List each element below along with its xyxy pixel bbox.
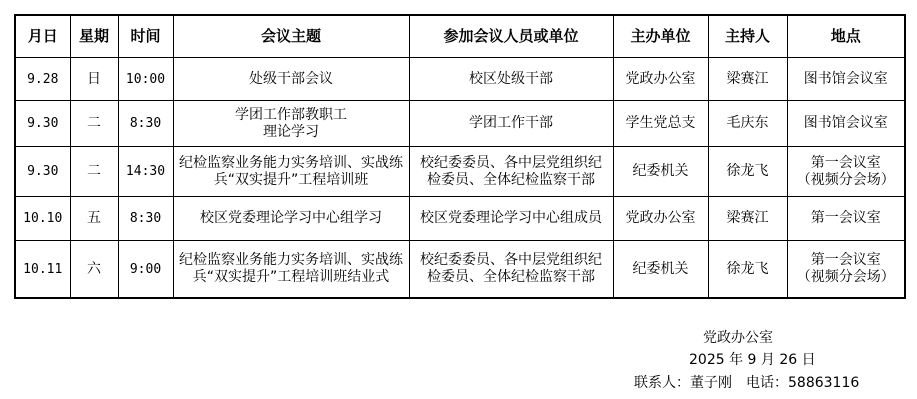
cell-weekday: 六 [70,241,118,299]
cell-time: 8:30 [118,101,173,147]
header-host: 主持人 [708,15,787,58]
cell-host: 梁赛江 [708,197,787,241]
cell-topic: 处级干部会议 [173,58,409,101]
cell-attendees: 校区党委理论学习中心组成员 [409,197,613,241]
header-date: 月日 [15,15,70,58]
cell-topic: 学团工作部教职工 理论学习 [173,101,409,147]
cell-attendees: 校纪委委员、各中层党组织纪 检委员、全体纪检监察干部 [409,241,613,299]
cell-date: 10.10 [15,197,70,241]
cell-organizer: 党政办公室 [613,58,708,101]
table-row: 9.30 二 14:30 纪检监察业务能力实务培训、实战练 兵“双实提升”工程培… [15,147,905,197]
cell-organizer: 学生党总支 [613,101,708,147]
cell-time: 9:00 [118,241,173,299]
cell-location: 图书馆会议室 [787,58,905,101]
table-row: 9.30 二 8:30 学团工作部教职工 理论学习 学团工作干部 学生党总支 毛… [15,101,905,147]
table-row: 9.28 日 10:00 处级干部会议 校区处级干部 党政办公室 梁赛江 图书馆… [15,58,905,101]
cell-host: 毛庆东 [708,101,787,147]
cell-host: 梁赛江 [708,58,787,101]
cell-organizer: 纪委机关 [613,147,708,197]
cell-attendees: 学团工作干部 [409,101,613,147]
cell-date: 9.28 [15,58,70,101]
table-row: 10.11 六 9:00 纪检监察业务能力实务培训、实战练 兵“双实提升”工程培… [15,241,905,299]
contact-phone: 电话：58863116 [746,375,859,391]
contact-line: 联系人：董子刚电话：58863116 [634,374,859,392]
header-weekday: 星期 [70,15,118,58]
cell-attendees: 校区处级干部 [409,58,613,101]
issue-date: 2025 年 9 月 26 日 [689,351,816,369]
cell-location: 第一会议室 （视频分会场） [787,241,905,299]
header-topic: 会议主题 [173,15,409,58]
cell-location: 第一会议室 [787,197,905,241]
cell-topic: 校区党委理论学习中心组学习 [173,197,409,241]
cell-date: 9.30 [15,147,70,197]
table-header-row: 月日 星期 时间 会议主题 参加会议人员或单位 主办单位 主持人 地点 [15,15,905,58]
cell-attendees: 校纪委委员、各中层党组织纪 检委员、全体纪检监察干部 [409,147,613,197]
table-row: 10.10 五 8:30 校区党委理论学习中心组学习 校区党委理论学习中心组成员… [15,197,905,241]
cell-organizer: 党政办公室 [613,197,708,241]
cell-host: 徐龙飞 [708,241,787,299]
header-organizer: 主办单位 [613,15,708,58]
header-time: 时间 [118,15,173,58]
cell-weekday: 二 [70,101,118,147]
cell-weekday: 二 [70,147,118,197]
cell-time: 8:30 [118,197,173,241]
cell-weekday: 五 [70,197,118,241]
cell-time: 10:00 [118,58,173,101]
cell-topic: 纪检监察业务能力实务培训、实战练 兵“双实提升”工程培训班结业式 [173,241,409,299]
issuing-office: 党政办公室 [703,329,773,347]
cell-date: 10.11 [15,241,70,299]
header-location: 地点 [787,15,905,58]
cell-location: 第一会议室 （视频分会场） [787,147,905,197]
cell-location: 图书馆会议室 [787,101,905,147]
cell-host: 徐龙飞 [708,147,787,197]
cell-organizer: 纪委机关 [613,241,708,299]
cell-topic: 纪检监察业务能力实务培训、实战练 兵“双实提升”工程培训班 [173,147,409,197]
cell-weekday: 日 [70,58,118,101]
meeting-schedule-table: 月日 星期 时间 会议主题 参加会议人员或单位 主办单位 主持人 地点 9.28… [14,14,906,299]
cell-time: 14:30 [118,147,173,197]
header-attendees: 参加会议人员或单位 [409,15,613,58]
contact-person: 联系人：董子刚 [634,375,732,391]
cell-date: 9.30 [15,101,70,147]
